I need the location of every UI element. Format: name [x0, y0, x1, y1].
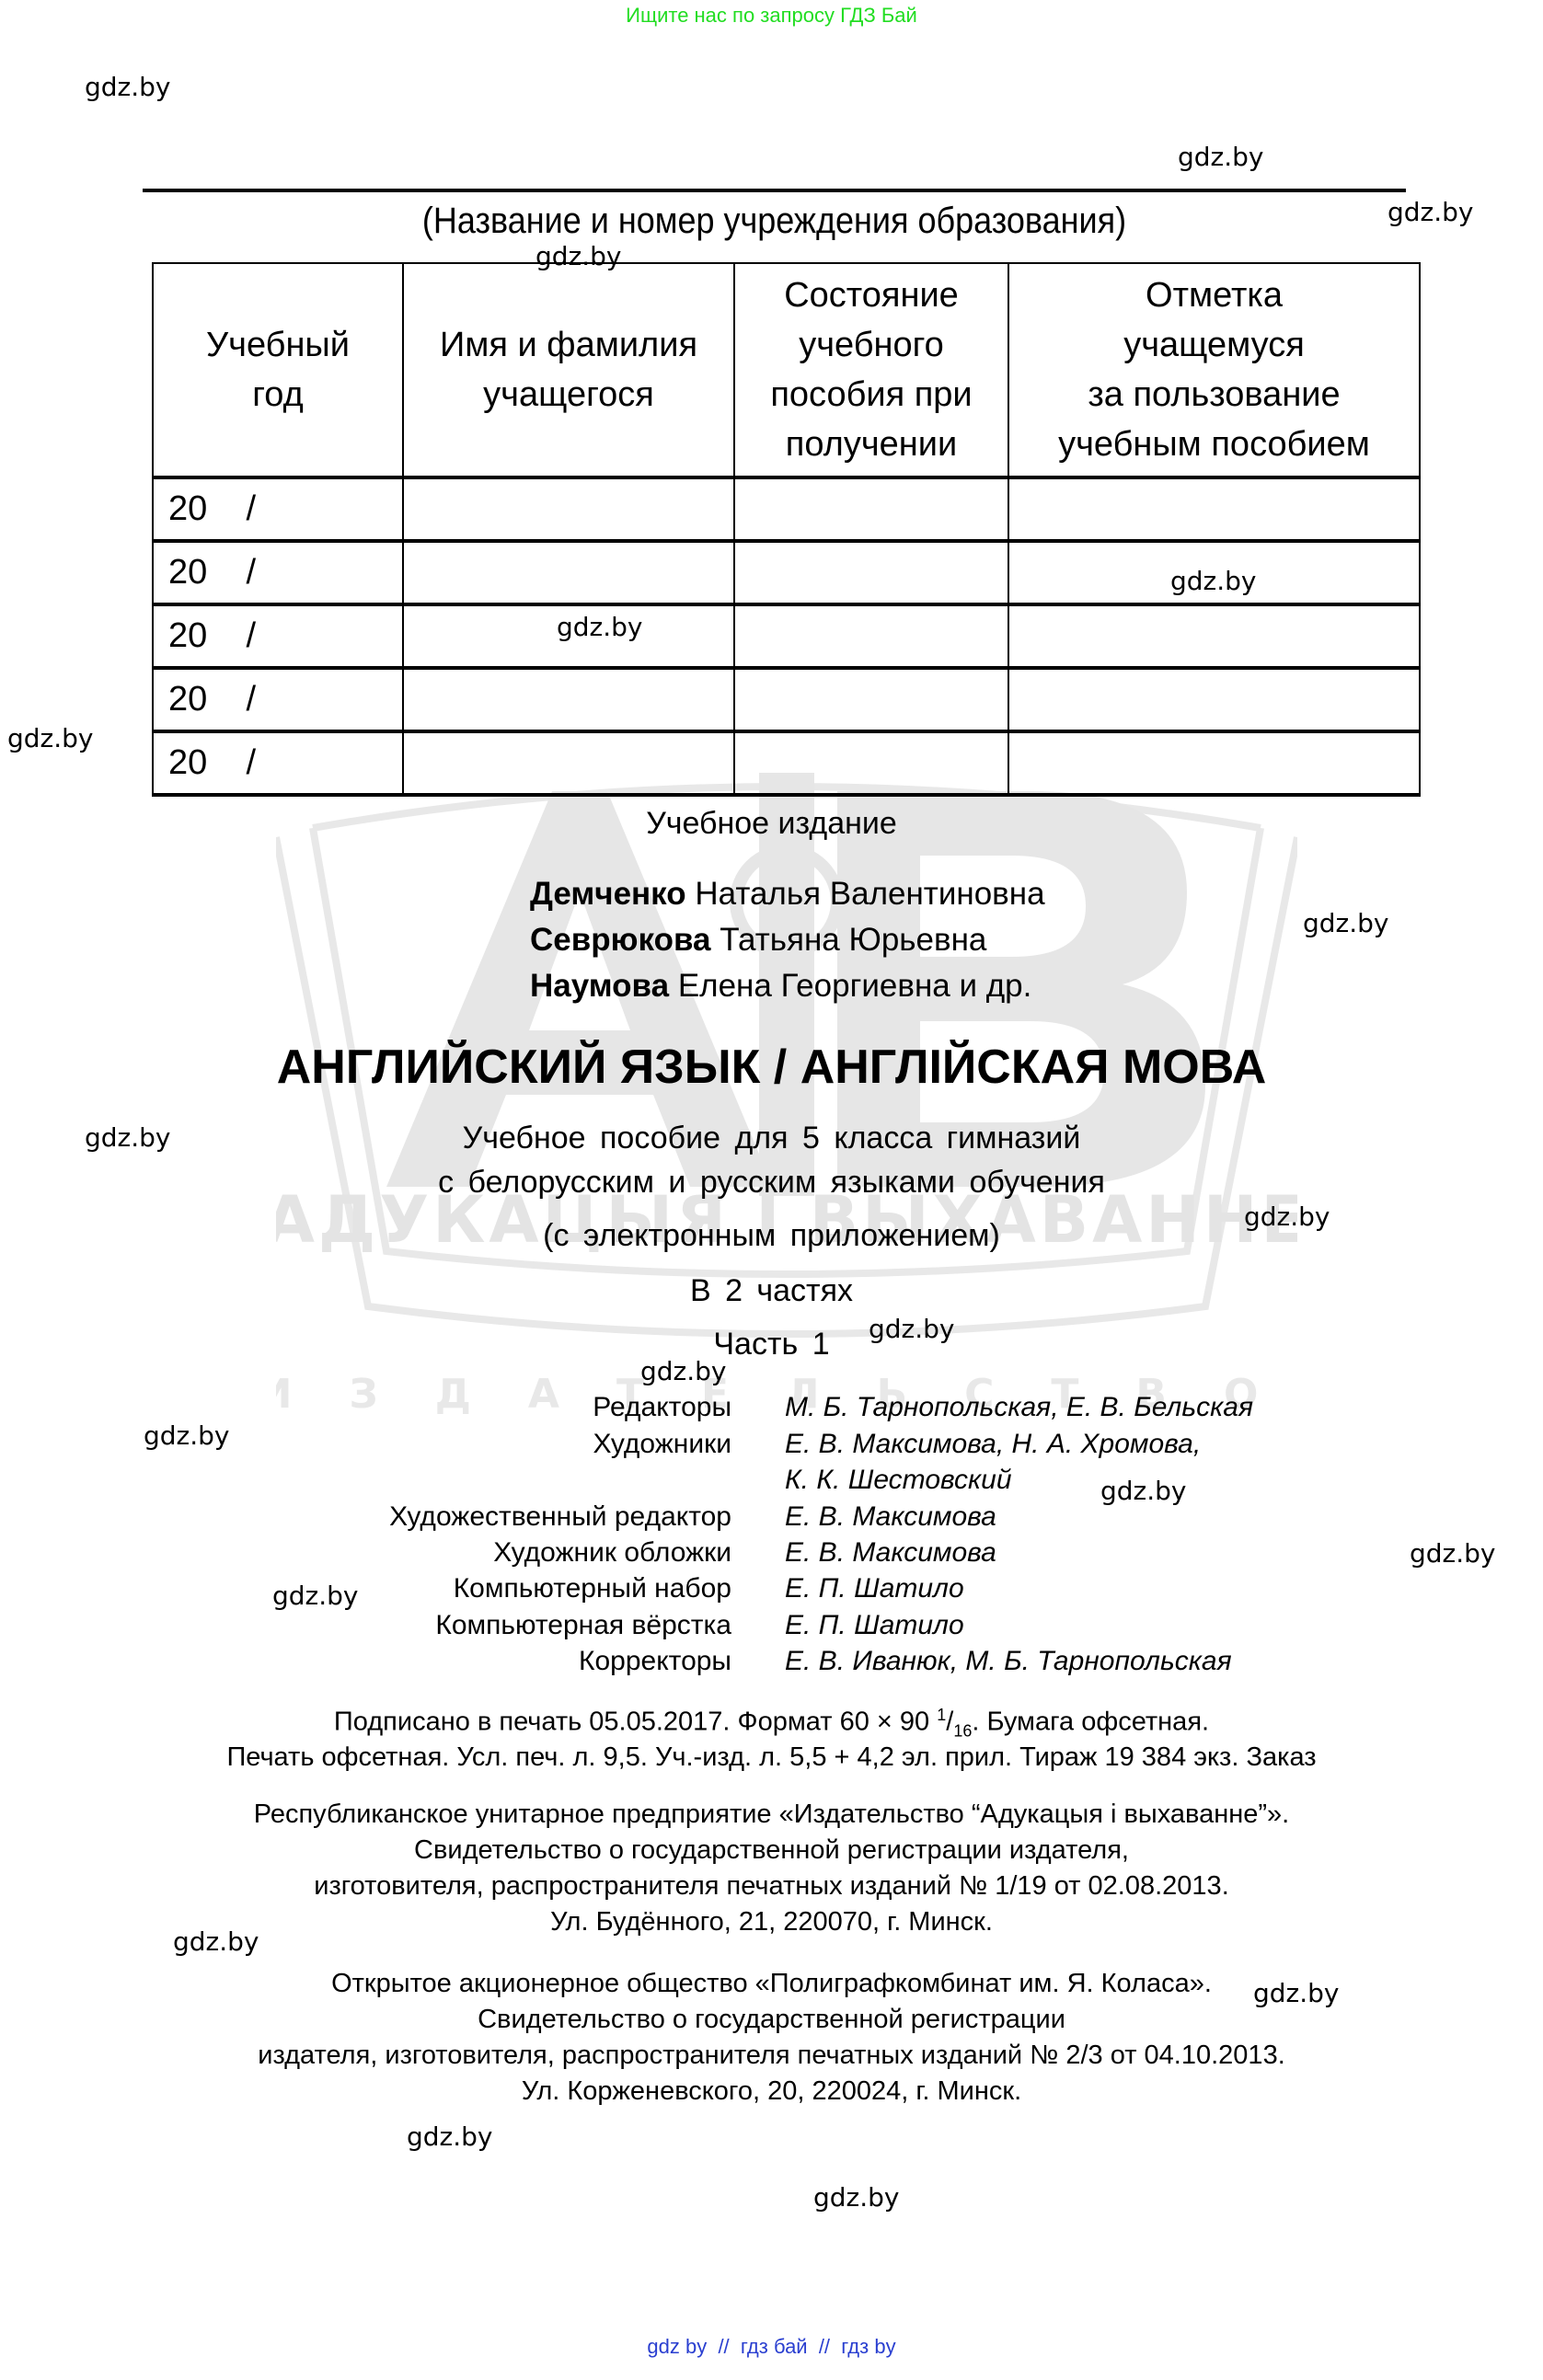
usage-record-table: Учебный год Имя и фамилия учащегося Сост…: [152, 262, 1421, 797]
mark-cell[interactable]: [1008, 604, 1420, 668]
year-cell[interactable]: 20 /: [153, 477, 403, 541]
parts-count: В 2 частях: [0, 1273, 1543, 1309]
header-school-year: Учебный год: [153, 263, 403, 477]
condition-cell[interactable]: [734, 477, 1008, 541]
author-surname: Севрюкова: [530, 922, 710, 958]
year-cell[interactable]: 20 /: [153, 668, 403, 731]
header-condition: Состояние учебного пособия при получении: [734, 263, 1008, 477]
author-line: Демченко Наталья Валентиновна: [530, 876, 1045, 913]
print-info-line: Подписано в печать 05.05.2017. Формат 60…: [0, 1706, 1543, 1741]
watermark-text: gdz.by: [85, 72, 171, 102]
print-info-line: Печать офсетная. Усл. печ. л. 9,5. Уч.-и…: [0, 1742, 1543, 1773]
table-row: 20 /: [153, 731, 1420, 795]
credit-role: Художественный редактор: [262, 1501, 731, 1533]
institution-rule: [143, 189, 1406, 192]
credit-names: Е. В. Максимова, Н. А. Хромова,: [785, 1429, 1201, 1460]
header-mark: Отметка учащемуся за пользование учебным…: [1008, 263, 1420, 477]
condition-cell[interactable]: [734, 668, 1008, 731]
publisher-line: изготовителя, распространителя печатных …: [0, 1871, 1543, 1902]
book-title: АНГЛИЙСКИЙ ЯЗЫК / АНГЛІЙСКАЯ МОВА: [0, 1040, 1543, 1095]
table-row: 20 /: [153, 541, 1420, 604]
author-name: Татьяна Юрьевна: [720, 922, 986, 958]
publisher-line: Свидетельство о государственной регистра…: [0, 1835, 1543, 1866]
watermark-text: gdz.by: [1178, 142, 1264, 172]
condition-cell[interactable]: [734, 731, 1008, 795]
author-line: Севрюкова Татьяна Юрьевна: [530, 922, 986, 959]
author-surname: Демченко: [530, 876, 686, 912]
part-number: Часть 1: [0, 1327, 1543, 1362]
edition-type: Учебное издание: [0, 806, 1543, 842]
print-info-text: Подписано в печать 05.05.2017. Формат 60…: [334, 1707, 937, 1737]
format-fraction-denominator: 16: [953, 1721, 972, 1740]
table-header-row: Учебный год Имя и фамилия учащегося Сост…: [153, 263, 1420, 477]
credit-role: Художник обложки: [262, 1537, 731, 1569]
credit-names: Е. П. Шатило: [785, 1573, 964, 1604]
mark-cell[interactable]: [1008, 668, 1420, 731]
table-row: 20 /: [153, 477, 1420, 541]
condition-cell[interactable]: [734, 541, 1008, 604]
credit-role: Редакторы: [262, 1392, 731, 1423]
author-name: Елена Георгиевна и др.: [678, 968, 1032, 1004]
printer-line: Ул. Корженевского, 20, 220024, г. Минск.: [0, 2076, 1543, 2107]
condition-cell[interactable]: [734, 604, 1008, 668]
credit-role: Корректоры: [262, 1646, 731, 1677]
watermark-text: gdz.by: [1100, 1476, 1187, 1506]
subtitle-line: Учебное пособие для 5 класса гимназий: [0, 1121, 1543, 1156]
name-cell[interactable]: [403, 477, 734, 541]
subtitle-line: (с электронным приложением): [0, 1218, 1543, 1254]
subtitle-line: с белорусским и русским языками обучения: [0, 1165, 1543, 1201]
mark-cell[interactable]: [1008, 477, 1420, 541]
watermark-text: gdz.by: [407, 2121, 493, 2152]
year-cell[interactable]: 20 /: [153, 541, 403, 604]
institution-caption: (Название и номер учреждения образования…: [206, 201, 1343, 242]
table-row: 20 /: [153, 604, 1420, 668]
footer-links[interactable]: gdz by // гдз бай // гдз by: [0, 2335, 1543, 2359]
credit-names: Е. В. Иванюк, М. Б. Тарнопольская: [785, 1646, 1232, 1677]
watermark-text: gdz.by: [144, 1420, 230, 1451]
author-surname: Наумова: [530, 968, 669, 1004]
format-fraction-numerator: 1: [937, 1706, 946, 1724]
credit-names: Е. П. Шатило: [785, 1610, 964, 1641]
watermark-text: gdz.by: [7, 723, 94, 753]
print-info-text: . Бумага офсетная.: [972, 1707, 1209, 1737]
publisher-line: Республиканское унитарное предприятие «И…: [0, 1799, 1543, 1830]
credit-names: Е. В. Максимова: [785, 1537, 996, 1569]
mark-cell[interactable]: [1008, 731, 1420, 795]
credit-role: Компьютерная вёрстка: [262, 1610, 731, 1641]
mark-cell[interactable]: [1008, 541, 1420, 604]
author-name: Наталья Валентиновна: [695, 876, 1044, 912]
credit-names: М. Б. Тарнопольская, Е. В. Бельская: [785, 1392, 1253, 1423]
name-cell[interactable]: [403, 668, 734, 731]
printer-line: Свидетельство о государственной регистра…: [0, 2005, 1543, 2035]
top-notice: Ищите нас по запросу ГДЗ Бай: [0, 4, 1543, 28]
name-cell[interactable]: [403, 541, 734, 604]
header-student-name: Имя и фамилия учащегося: [403, 263, 734, 477]
credit-role: Компьютерный набор: [262, 1573, 731, 1604]
printer-line: издателя, изготовителя, распространителя…: [0, 2041, 1543, 2071]
publisher-line: Ул. Будённого, 21, 220070, г. Минск.: [0, 1907, 1543, 1937]
watermark-text: gdz.by: [1388, 197, 1474, 227]
name-cell[interactable]: [403, 604, 734, 668]
author-line: Наумова Елена Георгиевна и др.: [530, 968, 1031, 1005]
watermark-text: gdz.by: [813, 2182, 900, 2213]
year-cell[interactable]: 20 /: [153, 604, 403, 668]
watermark-text: gdz.by: [1303, 908, 1389, 938]
watermark-text: gdz.by: [1410, 1538, 1496, 1569]
credit-names: Е. В. Максимова: [785, 1501, 996, 1533]
table-row: 20 /: [153, 668, 1420, 731]
credit-names: К. К. Шестовский: [785, 1465, 1012, 1496]
year-cell[interactable]: 20 /: [153, 731, 403, 795]
printer-line: Открытое акционерное общество «Полиграфк…: [0, 1969, 1543, 1999]
name-cell[interactable]: [403, 731, 734, 795]
credit-role: Художники: [262, 1429, 731, 1460]
